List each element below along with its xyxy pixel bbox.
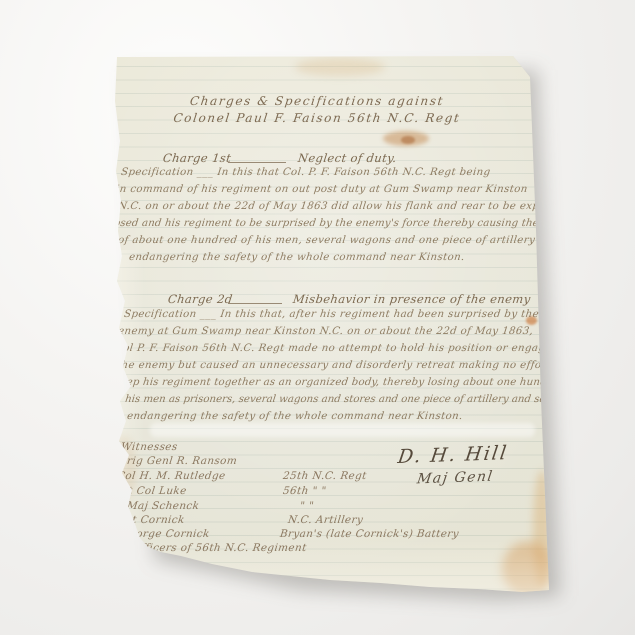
charge1-rule	[228, 162, 286, 163]
witness-name: Brig Genl R. Ransom	[118, 455, 238, 467]
witness-unit: Bryan's (late Cornick's) Battery	[279, 528, 459, 540]
charge2-spec-line: Col P. F. Faison 56th N.C. Regt made no …	[114, 343, 552, 354]
charge2-rule	[228, 303, 282, 304]
witness-unit: N.C. Artillery	[287, 514, 364, 526]
charge2-spec-line: enemy at Gum Swamp near Kinston N.C. on …	[117, 326, 534, 337]
signature-rank: Maj Genl	[416, 469, 495, 488]
document-title-line1: Charges & Specifications against	[116, 94, 518, 108]
charge2-spec-line: of his men as prisoners, several wagons …	[111, 394, 581, 405]
document-title-line2: Colonel Paul F. Faison 56th N.C. Regt	[116, 111, 518, 125]
charge1-spec-line: N.C. on or about the 22d of May 1863 did…	[117, 201, 543, 212]
witness-name: Maj Schenck	[126, 500, 200, 512]
witness-unit: " "	[299, 500, 315, 512]
witness-name: Col H. M. Rutledge	[116, 470, 226, 482]
charge1-name: Neglect of duty.	[297, 151, 397, 165]
charge2-spec-line: keep his regiment together as an organiz…	[113, 377, 565, 388]
charge1-label: Charge 1st	[162, 151, 232, 165]
charge1-spec-line: of about one hundred of his men, several…	[117, 235, 559, 246]
charge1-spec-line: osed and his regiment to be surprised by…	[113, 218, 583, 229]
charge1-spec-line: in command of his regiment on out post d…	[115, 184, 528, 195]
witness-unit: 56th " "	[282, 485, 327, 497]
signature-name: D. H. Hill	[396, 442, 509, 468]
faded-band	[150, 423, 535, 437]
charge2-name: Misbehavior in presence of the enemy	[292, 292, 531, 306]
stain	[401, 136, 415, 144]
charge2-spec-line: endangering the safety of the whole comm…	[126, 411, 463, 422]
stain	[295, 58, 385, 76]
witness-unit: 25th N.C. Regt	[282, 470, 367, 482]
charge2-spec-line: Specification ___ In this that, after hi…	[123, 309, 539, 320]
document-photograph: Charges & Specifications against Colonel…	[0, 0, 635, 635]
charge2-spec-line: the enemy but caused an unnecessary and …	[116, 360, 566, 371]
charge1-spec-line: endangering the safety of the whole comm…	[128, 252, 465, 263]
charge1-spec-line: Specification ___ In this that Col. P. F…	[120, 167, 491, 178]
witnesses-header: Witnesses	[120, 441, 178, 453]
charge2-label: Charge 2d	[167, 292, 233, 306]
